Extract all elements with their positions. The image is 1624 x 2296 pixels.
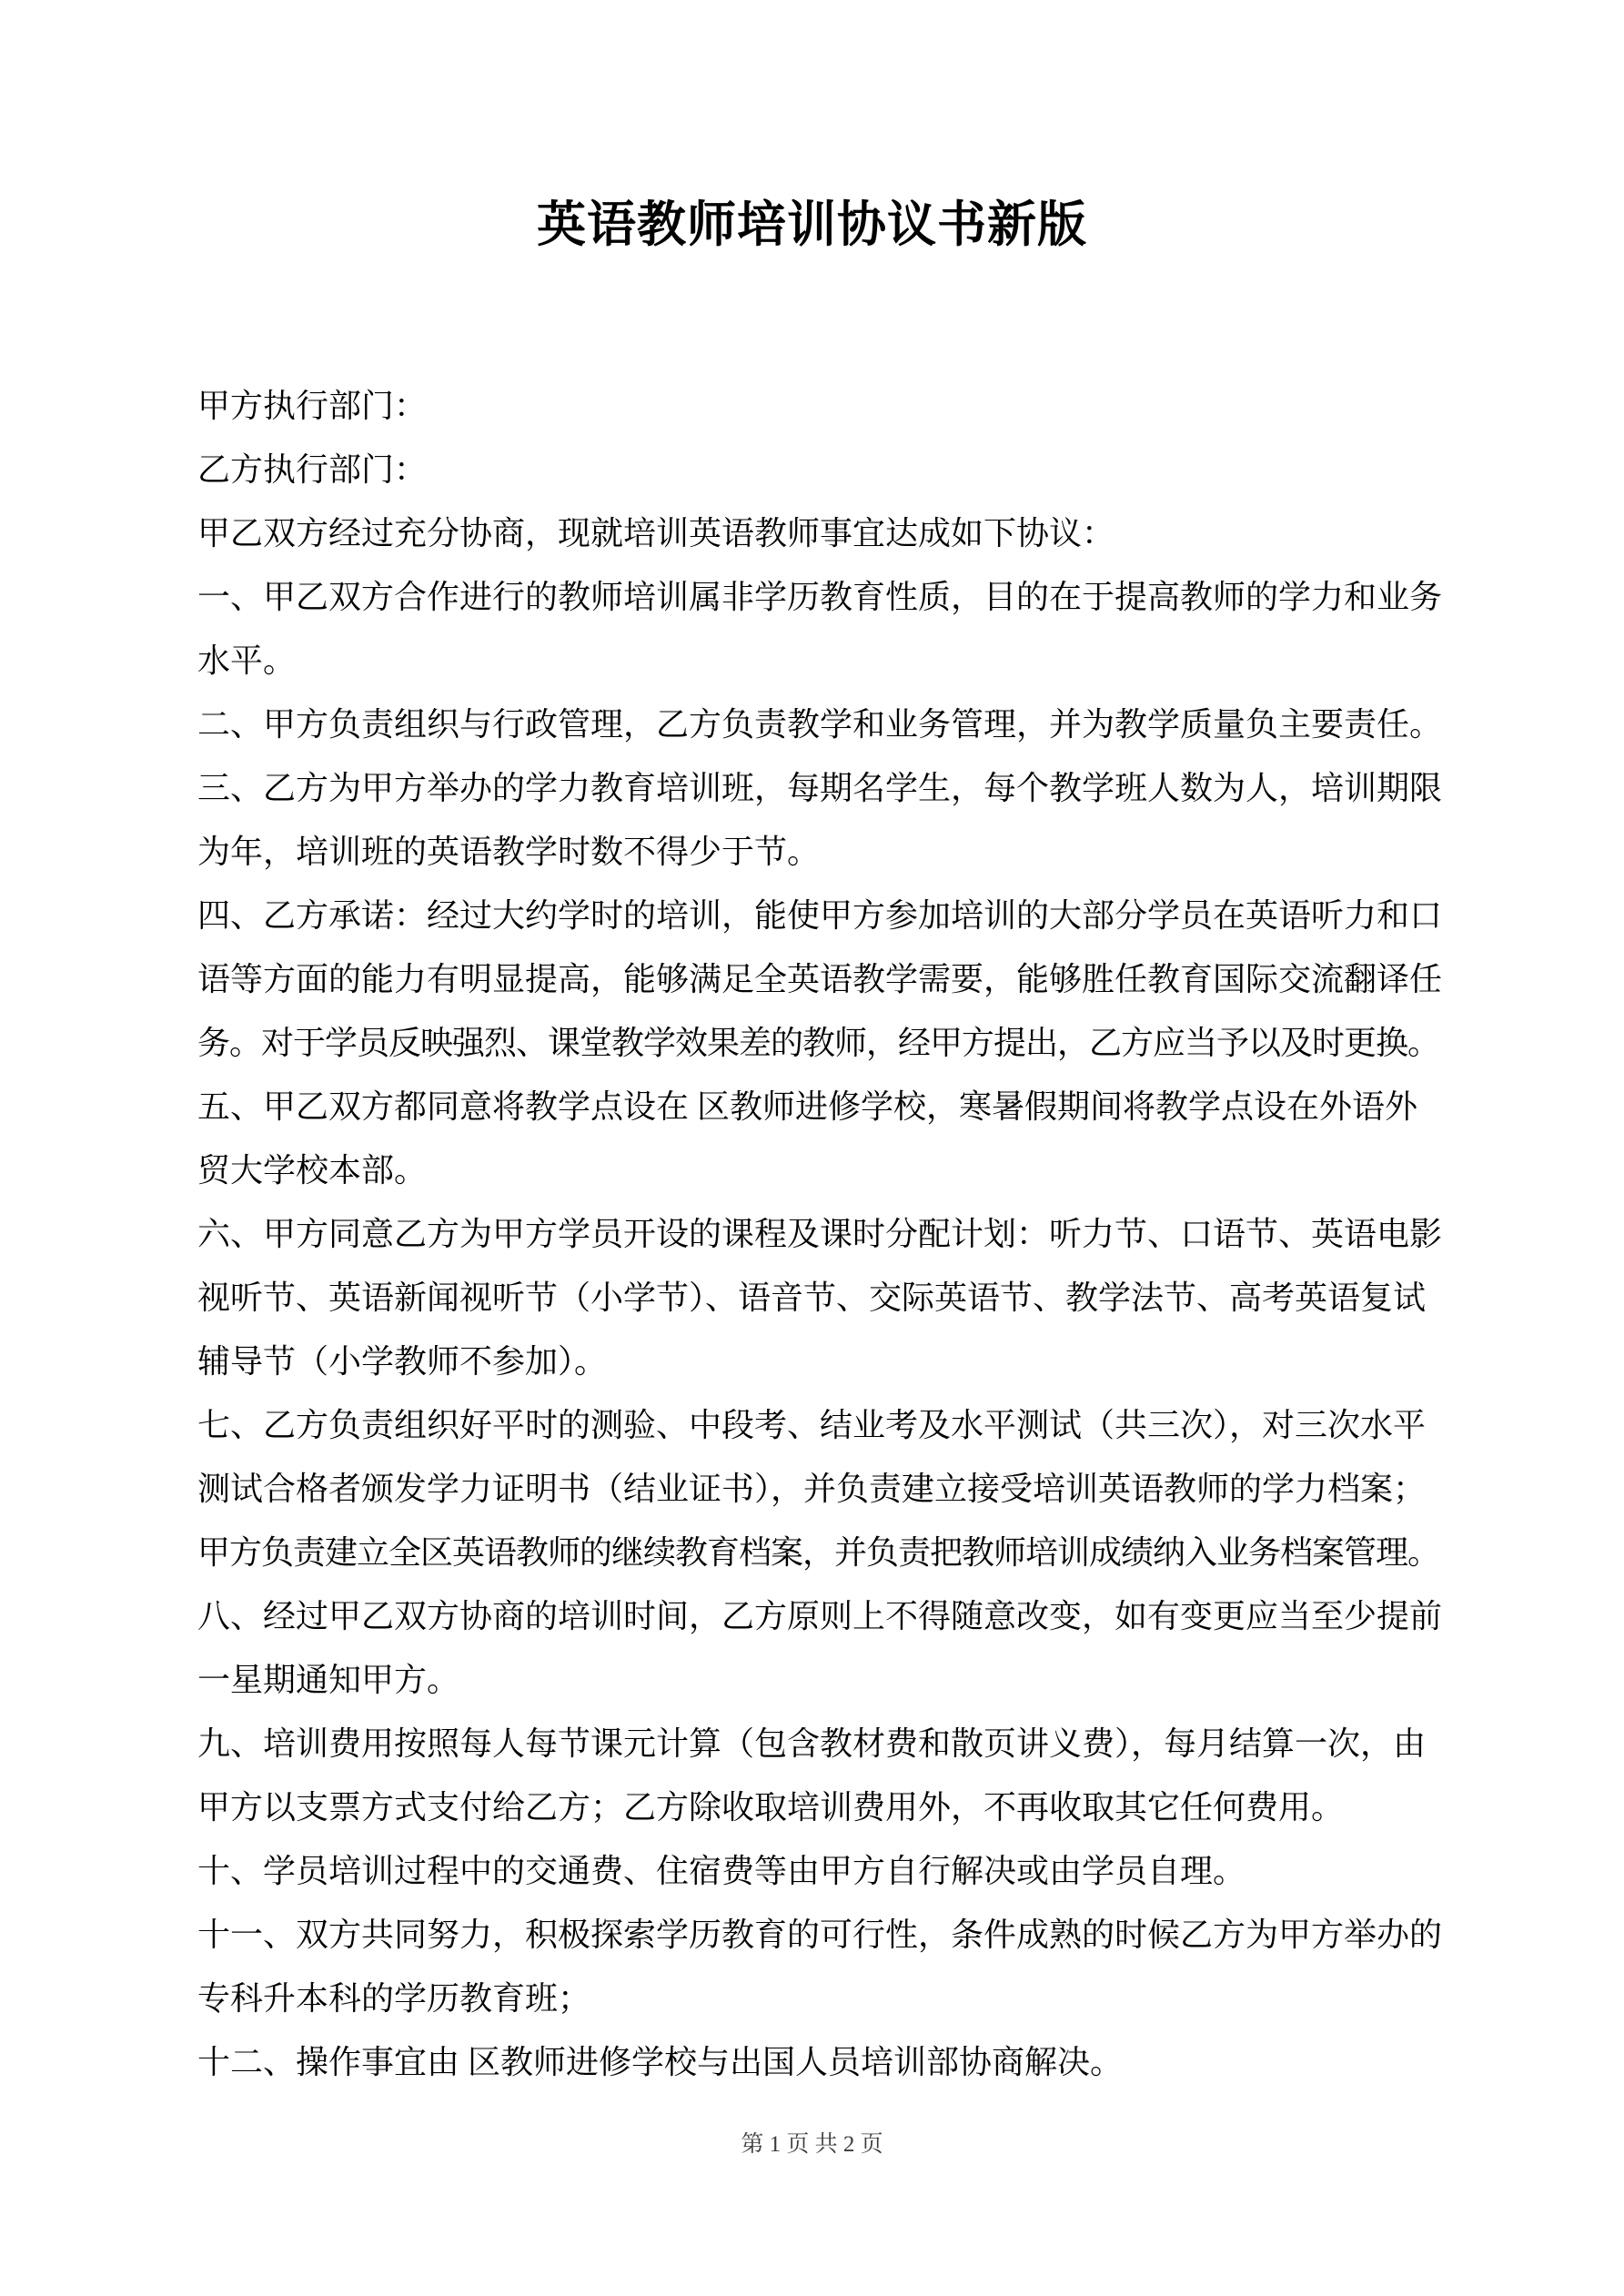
body-line: 辅导节（小学教师不参加）。 xyxy=(197,1330,1442,1393)
document-page: { "document": { "title": "英语教师培训协议书新版", … xyxy=(0,0,1624,2296)
body-line: 一、甲乙双方合作进行的教师培训属非学历教育性质，目的在于提高教师的学力和业务 xyxy=(197,565,1442,629)
body-line: 二、甲方负责组织与行政管理，乙方负责教学和业务管理，并为教学质量负主要责任。 xyxy=(197,693,1442,756)
body-line: 测试合格者颁发学力证明书（结业证书），并负责建立接受培训英语教师的学力档案； xyxy=(197,1457,1442,1521)
body-line: 甲乙双方经过充分协商，现就培训英语教师事宜达成如下协议： xyxy=(197,501,1442,565)
body-line: 九、培训费用按照每人每节课元计算（包含教材费和散页讲义费），每月结算一次，由 xyxy=(197,1712,1442,1775)
body-line: 七、乙方负责组织好平时的测验、中段考、结业考及水平测试（共三次），对三次水平 xyxy=(197,1393,1442,1457)
body-line: 贸大学校本部。 xyxy=(197,1138,1442,1202)
body-line: 甲方负责建立全区英语教师的继续教育档案，并负责把教师培训成绩纳入业务档案管理。 xyxy=(197,1521,1442,1584)
body-line: 甲方以支票方式支付给乙方；乙方除收取培训费用外，不再收取其它任何费用。 xyxy=(197,1775,1442,1839)
body-line: 四、乙方承诺：经过大约学时的培训，能使甲方参加培训的大部分学员在英语听力和口 xyxy=(197,884,1442,947)
body-line: 一星期通知甲方。 xyxy=(197,1648,1442,1712)
page-footer: 第 1 页 共 2 页 xyxy=(0,2130,1624,2159)
body-line: 十、学员培训过程中的交通费、住宿费等由甲方自行解决或由学员自理。 xyxy=(197,1839,1442,1903)
body-line: 五、甲乙双方都同意将教学点设在 区教师进修学校，寒暑假期间将教学点设在外语外 xyxy=(197,1075,1442,1138)
body-line: 视听节、英语新闻视听节（小学节）、语音节、交际英语节、教学法节、高考英语复试 xyxy=(197,1266,1442,1330)
body-line: 为年，培训班的英语教学时数不得少于节。 xyxy=(197,820,1442,884)
body-line: 语等方面的能力有明显提高，能够满足全英语教学需要，能够胜任教育国际交流翻译任 xyxy=(197,947,1442,1011)
body-line: 十一、双方共同努力，积极探索学历教育的可行性，条件成熟的时候乙方为甲方举办的 xyxy=(197,1903,1442,1967)
body-line: 十二、操作事宜由 区教师进修学校与出国人员培训部协商解决。 xyxy=(197,2030,1442,2094)
body-line: 乙方执行部门： xyxy=(197,438,1442,501)
document-title: 英语教师培训协议书新版 xyxy=(0,197,1624,253)
document-body: 甲方执行部门：乙方执行部门：甲乙双方经过充分协商，现就培训英语教师事宜达成如下协… xyxy=(197,374,1442,2094)
body-line: 水平。 xyxy=(197,629,1442,693)
body-line: 八、经过甲乙双方协商的培训时间，乙方原则上不得随意改变，如有变更应当至少提前 xyxy=(197,1584,1442,1648)
body-line: 甲方执行部门： xyxy=(197,374,1442,438)
body-line: 专科升本科的学历教育班； xyxy=(197,1967,1442,2030)
body-line: 务。对于学员反映强烈、课堂教学效果差的教师，经甲方提出，乙方应当予以及时更换。 xyxy=(197,1011,1442,1075)
body-line: 三、乙方为甲方举办的学力教育培训班，每期名学生，每个教学班人数为人，培训期限 xyxy=(197,756,1442,820)
body-line: 六、甲方同意乙方为甲方学员开设的课程及课时分配计划：听力节、口语节、英语电影 xyxy=(197,1202,1442,1266)
